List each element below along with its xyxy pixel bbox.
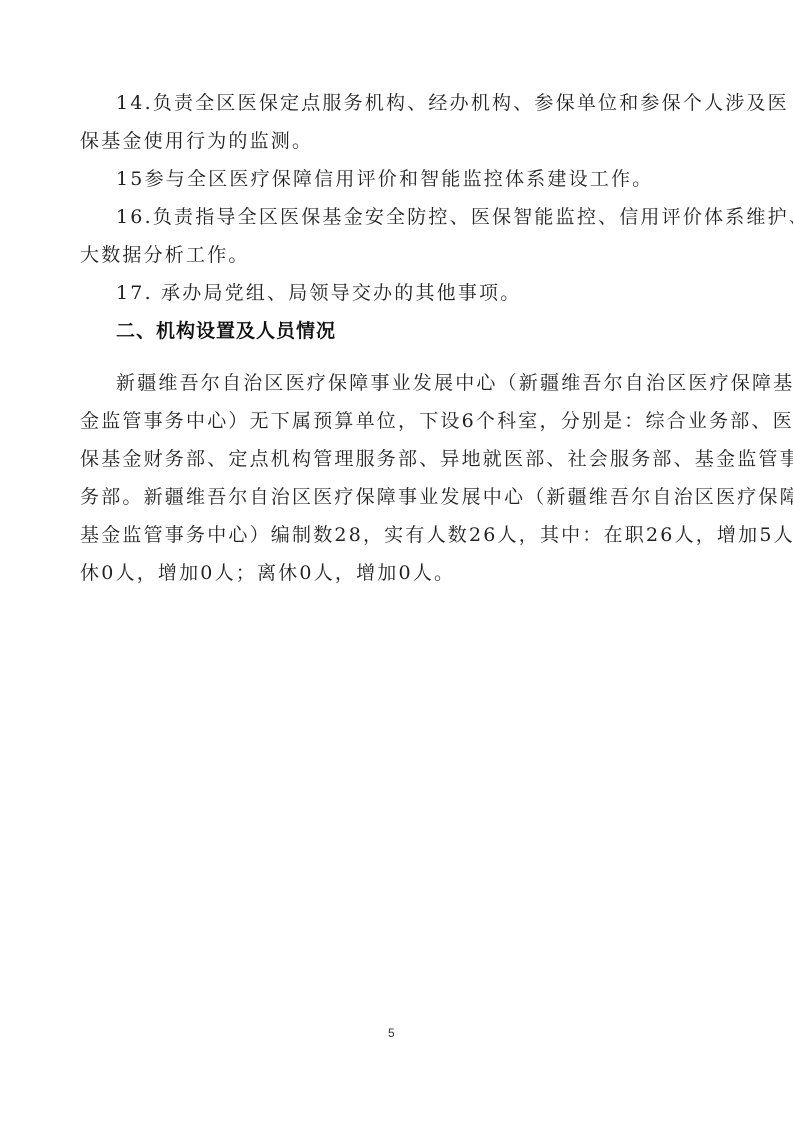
section-paragraph-line-4: 务部。新疆维吾尔自治区医疗保障事业发展中心（新疆维吾尔自治区医疗保障: [80, 485, 720, 509]
item-15-line-1: 15参与全区医疗保障信用评价和智能监控体系建设工作。: [116, 167, 720, 191]
item-17-line-1: 17. 承办局党组、局领导交办的其他事项。: [116, 281, 720, 305]
section-paragraph-line-6: 休0人，增加0人；离休0人，增加0人。: [80, 561, 720, 585]
item-16-line-2: 大数据分析工作。: [80, 243, 720, 267]
section-paragraph-line-2: 金监管事务中心）无下属预算单位，下设6个科室，分别是：综合业务部、医: [80, 409, 720, 433]
section-heading: 二、机构设置及人员情况: [116, 319, 720, 343]
section-paragraph-line-5: 基金监管事务中心）编制数28，实有人数26人，其中：在职26人，增加5人；退: [80, 523, 720, 547]
item-14-line-2: 保基金使用行为的监测。: [80, 129, 720, 153]
section-paragraph-line-3: 保基金财务部、定点机构管理服务部、异地就医部、社会服务部、基金监管事: [80, 447, 720, 471]
document-page: 14.负责全区医保定点服务机构、经办机构、参保单位和参保个人涉及医 保基金使用行…: [0, 0, 793, 1122]
section-paragraph-line-1: 新疆维吾尔自治区医疗保障事业发展中心（新疆维吾尔自治区医疗保障基: [116, 371, 720, 395]
item-14-line-1: 14.负责全区医保定点服务机构、经办机构、参保单位和参保个人涉及医: [116, 91, 720, 115]
item-16-line-1: 16.负责指导全区医保基金安全防控、医保智能监控、信用评价体系维护、: [116, 205, 720, 229]
page-number: 5: [388, 1026, 395, 1040]
